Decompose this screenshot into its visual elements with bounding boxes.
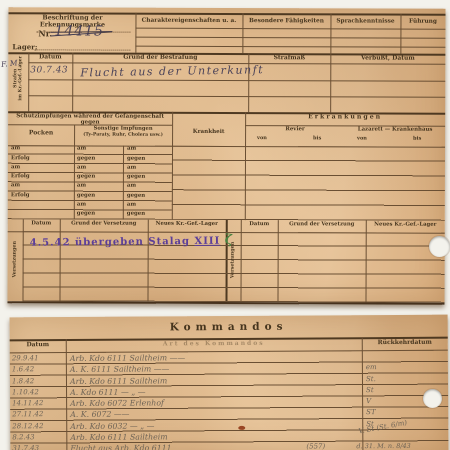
column-header-conduct: Führung bbox=[400, 19, 445, 25]
form-label: am bbox=[127, 203, 136, 209]
column-header-new-camp: Neues Kr.-Gef.-Lager bbox=[148, 222, 226, 228]
form-label: am bbox=[77, 146, 86, 152]
column-header-sentence: Strafmaß bbox=[248, 55, 330, 62]
scanned-photo: Beschriftung der Erkennungsmarke Nr. 144… bbox=[0, 0, 450, 450]
row-return: em bbox=[366, 363, 377, 371]
form-label: Erfolg bbox=[11, 174, 30, 180]
rule-line bbox=[72, 52, 73, 111]
row-kommando: Arb. Kdo 6111 Sailtheim —— bbox=[70, 353, 185, 363]
column-header-kommando: Art des Kommandos bbox=[66, 340, 362, 348]
form-label: am bbox=[127, 147, 136, 153]
form-label: gegen bbox=[77, 156, 95, 162]
row-kommando: Arb. Kdo 6072 Erlenhof bbox=[70, 398, 164, 408]
hole-punch bbox=[429, 236, 450, 257]
rule-line bbox=[135, 37, 445, 39]
column-header-date: Datum bbox=[23, 221, 60, 227]
row-kommando: Arb. Kdo 6111 Sailtheim bbox=[70, 432, 167, 442]
column-header-punishment-reason: Grund der Bestrafung bbox=[72, 54, 248, 61]
column-header-abilities: Besondere Fähigkeiten bbox=[242, 18, 330, 24]
row-date: 8.2.43 bbox=[12, 433, 34, 441]
form-label: am bbox=[127, 184, 136, 190]
form-label: am bbox=[11, 146, 20, 152]
bis-label: bis bbox=[313, 136, 321, 141]
ink-stain bbox=[238, 426, 245, 430]
row-date: 1.10.42 bbox=[12, 388, 39, 396]
form-label: gegen bbox=[77, 193, 95, 199]
form-label: Erfolg bbox=[11, 156, 30, 162]
row-date: 29.9.41 bbox=[12, 354, 39, 362]
column-header-served-date: Verbüßt, Datum bbox=[330, 55, 445, 62]
von-label: von bbox=[257, 136, 267, 141]
von-label: von bbox=[357, 136, 367, 141]
rule-line bbox=[330, 53, 331, 112]
row-date: 14.11.42 bbox=[12, 399, 43, 407]
column-header-transfer-reason: Grund der Versetzung bbox=[278, 222, 366, 228]
column-header-other-vaccinations-detail: (Ty-Paraty, Ruhr, Cholera usw.) bbox=[74, 133, 172, 138]
column-header-smallpox: Pocken bbox=[8, 130, 74, 137]
form-label: am bbox=[77, 165, 86, 171]
stamp-date: 4.5.42 bbox=[30, 237, 71, 248]
row-kommando: A. Kdo 6111 — „ — bbox=[70, 388, 146, 397]
row-return: ST bbox=[366, 408, 376, 416]
row-date: 31.7.43 bbox=[12, 444, 39, 450]
row-kommando: Flucht aus Arb. Kdo 6111 bbox=[70, 443, 171, 450]
form-label: gegen bbox=[127, 212, 145, 218]
form-label: gegen bbox=[127, 194, 145, 200]
column-header-languages: Sprachkenntnisse bbox=[330, 18, 400, 24]
kommando-rows: 29.9.41 Arb. Kdo 6111 Sailtheim —— 1.6.4… bbox=[10, 351, 449, 450]
form-label: am bbox=[127, 166, 136, 172]
row-kommando: A. K. 6111 Sailtheim —— bbox=[70, 364, 169, 374]
form-label: gegen bbox=[127, 157, 145, 163]
pow-record-card-top: Beschriftung der Erkennungsmarke Nr. 144… bbox=[7, 7, 445, 305]
form-label: am bbox=[11, 165, 20, 171]
rule-line bbox=[248, 53, 249, 112]
illnesses-header: Erkrankungen bbox=[245, 114, 445, 121]
column-header-date: Datum bbox=[28, 54, 72, 60]
vaccination-rows: am am am Erfolg gegen gegen am am am Erf… bbox=[8, 145, 172, 220]
rule-line bbox=[28, 52, 29, 111]
row-kommando: Arb. Kdo 6111 Sailtheim bbox=[70, 376, 167, 386]
row-date: 1.8.42 bbox=[12, 377, 34, 385]
rule-line bbox=[135, 46, 445, 48]
transfers-side-label-left: Versetzungen bbox=[11, 219, 17, 299]
green-check-mark: ζ bbox=[224, 232, 235, 248]
column-header-date: Datum bbox=[241, 222, 278, 228]
rule-line bbox=[28, 79, 445, 81]
kommandos-card: Kommandos Datum Art des Kommandos Rückke… bbox=[10, 315, 449, 450]
punishment-entry-date: 30.7.43 bbox=[30, 65, 68, 75]
row-note: (557) bbox=[306, 442, 325, 450]
dotted-line bbox=[34, 49, 130, 50]
form-label: am bbox=[11, 183, 20, 189]
column-header-other-vaccinations: Sonstige Impfungen bbox=[74, 126, 172, 132]
column-header-new-camp: Neues Kr.-Gef.-Lager bbox=[366, 222, 445, 228]
column-header-traits: Charaktereigenschaften u. a. bbox=[135, 18, 242, 24]
row-return: St. bbox=[366, 375, 376, 383]
column-header-return-date: Rückkehrdatum bbox=[362, 340, 448, 347]
row-return: St bbox=[366, 386, 374, 394]
illness-rows bbox=[172, 146, 445, 221]
kommandos-title: Kommandos bbox=[10, 321, 448, 335]
row-kommando: Arb. Kdo 6032 — „ — bbox=[70, 421, 154, 431]
rule-line bbox=[28, 95, 445, 97]
transfer-stamp: 4.5.42 übergeben Stalag XIII ζ bbox=[30, 233, 234, 250]
column-header-transfer-reason: Grund der Versetzung bbox=[60, 221, 148, 227]
row-kommando: A. K. 6072 —— bbox=[70, 410, 129, 419]
bis-label: bis bbox=[413, 137, 421, 142]
form-label: gegen bbox=[77, 211, 95, 217]
form-label: am bbox=[77, 183, 86, 189]
stamp-text: übergeben Stalag bbox=[75, 236, 190, 248]
row-date: 28.12.42 bbox=[12, 422, 43, 430]
hole-punch bbox=[423, 389, 442, 408]
column-header-illness: Krankheit bbox=[172, 130, 245, 136]
vaccinations-header: Schutzimpfungen während der Gefangenscha… bbox=[8, 114, 172, 126]
rule-line bbox=[135, 28, 445, 30]
column-header-hospital: Lazarett — Krankenhaus bbox=[345, 127, 445, 133]
form-label: am bbox=[77, 202, 86, 208]
stamp-camp-number: XIII bbox=[194, 236, 220, 247]
row-return: d. 31. M. n. 8/43 bbox=[356, 442, 410, 450]
row-return: V bbox=[366, 397, 371, 405]
column-header-sickbay: Revier bbox=[245, 127, 345, 133]
form-label: gegen bbox=[77, 174, 95, 180]
form-label: Erfolg bbox=[11, 193, 30, 199]
row-date: 1.6.42 bbox=[12, 365, 34, 373]
row-date: 27.11.42 bbox=[12, 410, 43, 418]
column-header-date: Datum bbox=[10, 342, 66, 349]
form-label: gegen bbox=[127, 175, 145, 181]
punishment-entry-reason: Flucht aus der Unterkunft bbox=[80, 63, 264, 79]
